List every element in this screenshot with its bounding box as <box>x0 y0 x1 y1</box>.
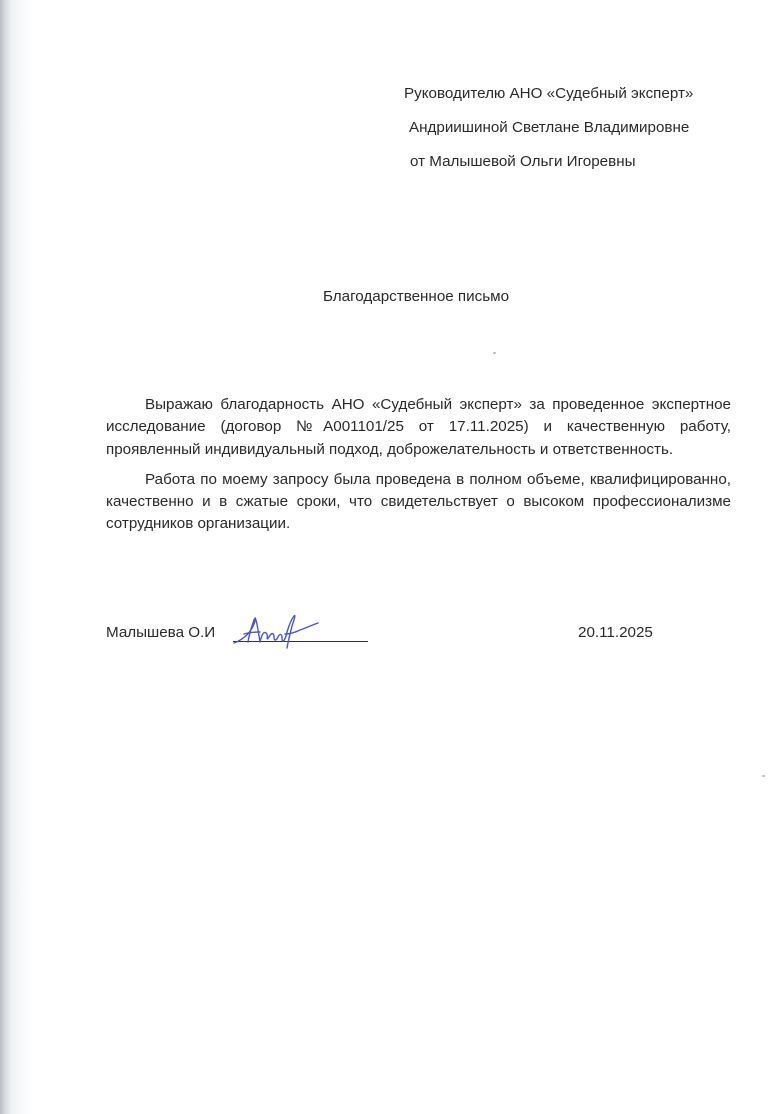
addressee-sender: от Малышевой Ольги Игоревны <box>404 145 693 179</box>
addressee-recipient-name: Андриишиной Светлане Владимировне <box>404 111 693 145</box>
signature-row: Малышева О.И 20.11.2025 <box>106 620 666 650</box>
scan-speck <box>762 775 765 777</box>
letter-date: 20.11.2025 <box>578 624 653 641</box>
handwritten-signature-icon <box>230 610 330 650</box>
addressee-recipient-title: Руководителю АНО «Судебный эксперт» <box>404 77 693 111</box>
scan-speck <box>493 352 496 354</box>
signer-name: Малышева О.И <box>106 624 215 641</box>
letter-body: Выражаю благодарность АНО «Судебный эксп… <box>106 394 731 544</box>
scanned-letter-page: Руководителю АНО «Судебный эксперт» Андр… <box>0 0 778 1114</box>
body-paragraph-1: Выражаю благодарность АНО «Судебный эксп… <box>106 394 731 461</box>
body-paragraph-2: Работа по моему запросу была проведена в… <box>106 469 731 536</box>
letter-title: Благодарственное письмо <box>0 288 778 305</box>
addressee-block: Руководителю АНО «Судебный эксперт» Андр… <box>404 77 693 179</box>
